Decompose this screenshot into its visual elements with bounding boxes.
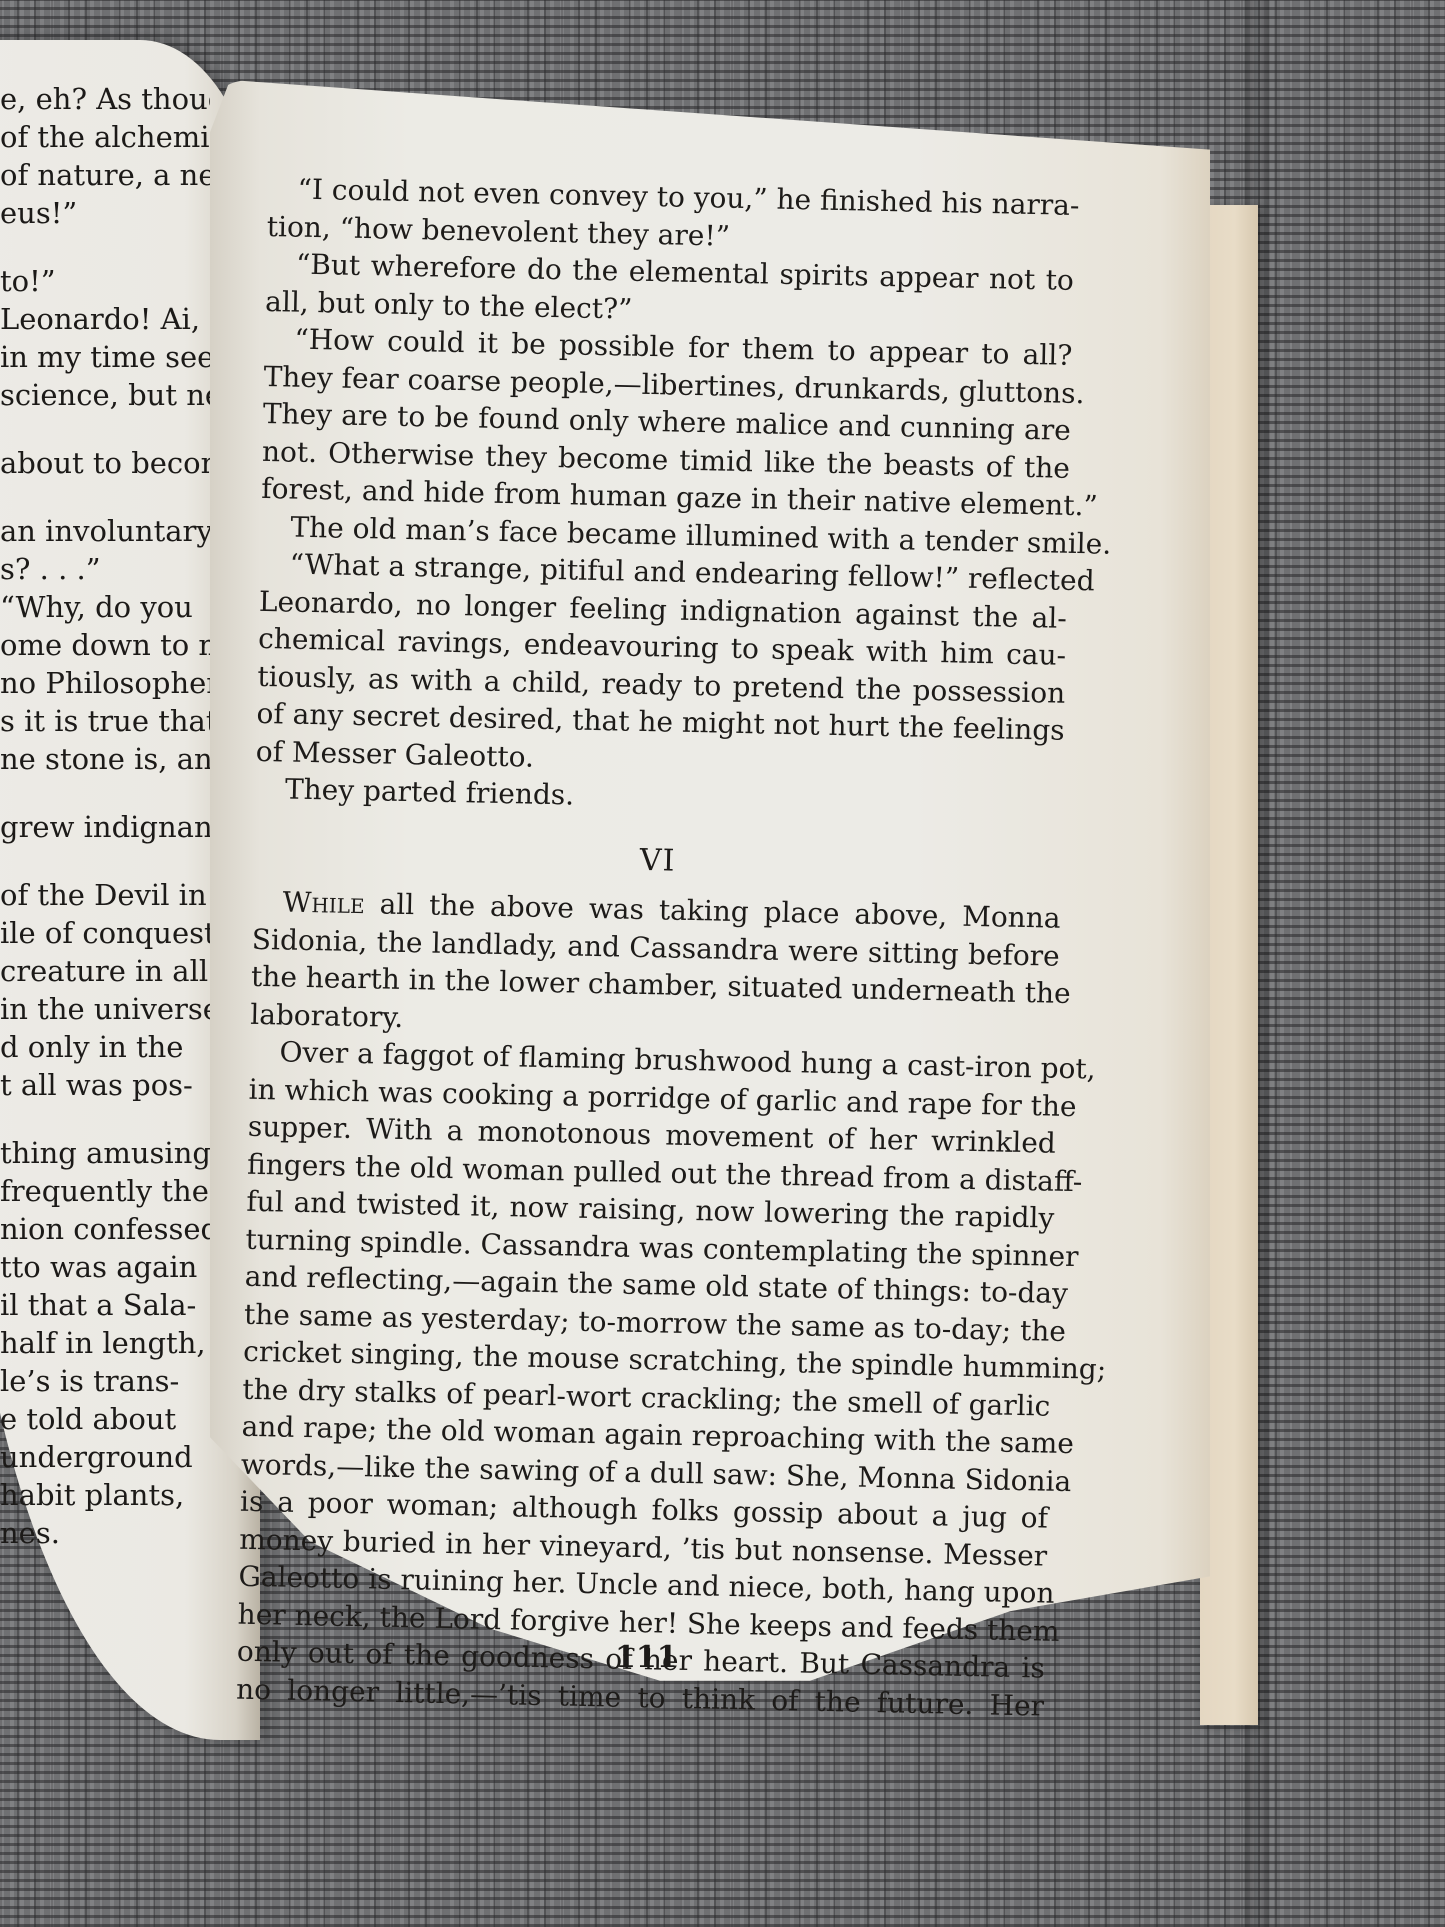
left-page-line: s? . . .” bbox=[0, 550, 210, 588]
left-page-line: ne stone is, and bbox=[0, 740, 210, 778]
left-page-line: nion confessed bbox=[0, 1210, 210, 1248]
left-page-line: t all was pos- bbox=[0, 1066, 210, 1104]
drop-word: While bbox=[282, 885, 365, 920]
left-page-line: half in length, bbox=[0, 1324, 210, 1362]
left-page-gap bbox=[0, 778, 210, 808]
left-page-text: e, eh? As thoughof the alchemists,of nat… bbox=[0, 80, 210, 1552]
right-page-text-block: “I could not even convey to you,” he fin… bbox=[236, 170, 1076, 1725]
left-page-line: d only in the bbox=[0, 1028, 210, 1066]
left-page-gap bbox=[0, 1104, 210, 1134]
left-page-line: frequently the bbox=[0, 1172, 210, 1210]
left-page-line: underground bbox=[0, 1438, 210, 1476]
left-page-line: tto was again bbox=[0, 1248, 210, 1286]
left-page-gap bbox=[0, 846, 210, 876]
left-page-line: of the Devil in bbox=[0, 876, 210, 914]
paragraphs-section-2: Sidonia, the landlady, and Cassandra wer… bbox=[236, 920, 1060, 1724]
left-page-line: il that a Sala- bbox=[0, 1286, 210, 1324]
left-page-gap bbox=[0, 414, 210, 444]
left-page-line: eus!” bbox=[0, 194, 210, 232]
left-page-line: e told about bbox=[0, 1400, 210, 1438]
left-page-line: of nature, a new bbox=[0, 156, 210, 194]
left-page-line: habit plants, bbox=[0, 1476, 210, 1514]
left-page-line: grew indignant, bbox=[0, 808, 210, 846]
paragraphs-section-1: “I could not even convey to you,” he fin… bbox=[255, 170, 1076, 824]
left-page-line: “Why, do you bbox=[0, 588, 210, 626]
left-page-line: ile of conquest bbox=[0, 914, 210, 952]
left-page-gap bbox=[0, 482, 210, 512]
left-page-gap bbox=[0, 232, 210, 262]
left-page-line: creature in all bbox=[0, 952, 210, 990]
left-page-line: in my time seen bbox=[0, 338, 210, 376]
left-page-line: le’s is trans- bbox=[0, 1362, 210, 1400]
left-page-line: about to become bbox=[0, 444, 210, 482]
left-page-line: nes. bbox=[0, 1514, 210, 1552]
left-page-line: no Philosopher’s bbox=[0, 664, 210, 702]
left-page-line: thing amusing bbox=[0, 1134, 210, 1172]
left-page-line: e, eh? As though bbox=[0, 80, 210, 118]
left-page-line: s it is true that bbox=[0, 702, 210, 740]
left-page-line: in the universe bbox=[0, 990, 210, 1028]
left-page-line: to!” bbox=[0, 262, 210, 300]
page-number: 111 bbox=[615, 1640, 678, 1675]
left-page-line: of the alchemists, bbox=[0, 118, 210, 156]
chapter-heading: VI bbox=[253, 833, 1062, 887]
left-page-line: science, but never bbox=[0, 376, 210, 414]
left-page-line: Leonardo! Ai, ai, bbox=[0, 300, 210, 338]
left-page-line: an involuntary bbox=[0, 512, 210, 550]
left-page-line: ome down to me bbox=[0, 626, 210, 664]
